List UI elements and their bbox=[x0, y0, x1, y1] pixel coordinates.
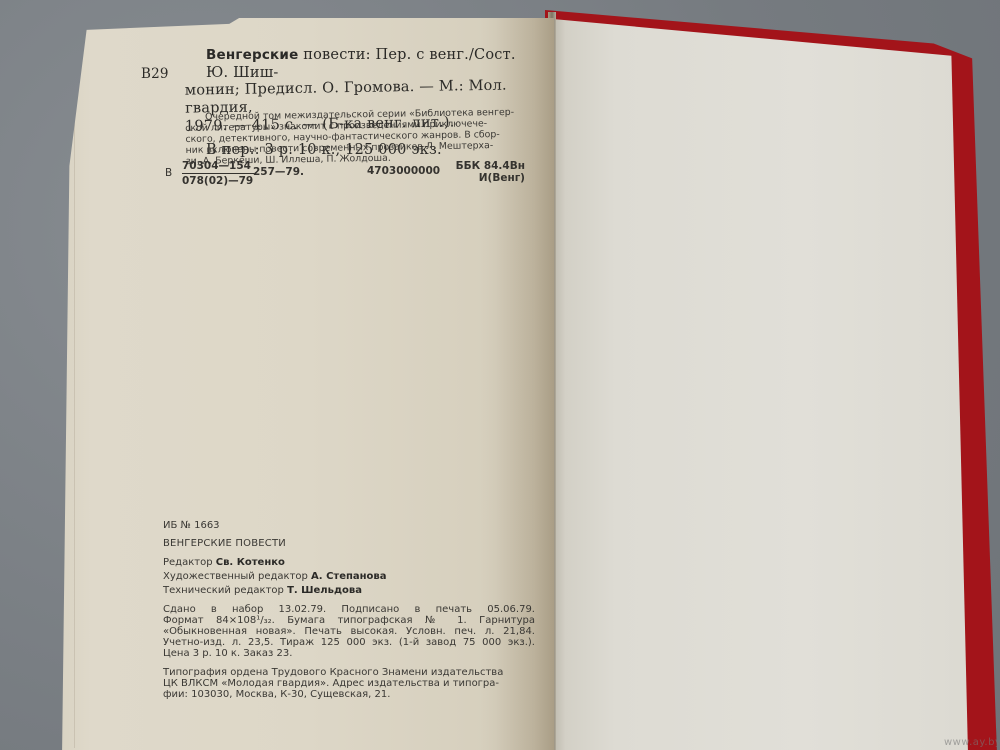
bbk-line-1: ББК 84.4Вн bbox=[456, 160, 525, 172]
annotation-paragraph: Очередной том межиздательской серии «Биб… bbox=[185, 107, 536, 167]
watermark: www.ay.by bbox=[944, 737, 1000, 748]
printer-line: Типография ордена Трудового Красного Зна… bbox=[163, 667, 535, 678]
classification-letter: В bbox=[165, 167, 172, 179]
staff-role: Редактор bbox=[163, 557, 213, 568]
tech-line: Цена 3 р. 10 к. Заказ 23. bbox=[163, 648, 535, 659]
tech-line: «Обыкновенная новая». Печать высокая. Ус… bbox=[163, 626, 535, 637]
bbk-line-2: И(Венг) bbox=[479, 172, 525, 184]
staff-role: Художественный редактор bbox=[163, 571, 308, 582]
fraction-numerator: 70304—154 bbox=[182, 160, 254, 174]
printer-line: фии: 103030, Москва, К-30, Сущевская, 21… bbox=[163, 689, 535, 700]
catalog-code: В29 bbox=[141, 65, 169, 83]
photo-scene: Венгерские повести: Пер. с венг./Сост. Ю… bbox=[0, 0, 1000, 750]
staff-name: Т. Шельдова bbox=[287, 585, 362, 596]
ib-number: ИБ № 1663 bbox=[163, 520, 535, 531]
tech-line: Формат 84×108¹/₃₂. Бумага типографская №… bbox=[163, 615, 535, 626]
technical-details: Сдано в набор 13.02.79. Подписано в печа… bbox=[163, 604, 535, 659]
staff-list: Редактор Св. Котенко Художественный реда… bbox=[163, 556, 535, 598]
page-crease bbox=[74, 48, 75, 748]
staff-name: А. Степанова bbox=[311, 571, 386, 582]
staff-line: Технический редактор Т. Шельдова bbox=[163, 584, 535, 598]
catalog-title-bold: Венгерские bbox=[206, 47, 298, 63]
printer-line: ЦК ВЛКСМ «Молодая гвардия». Адрес издате… bbox=[163, 678, 535, 689]
classification-block: В 70304—154 078(02)—79 257—79. 470300000… bbox=[165, 160, 530, 186]
bbk-code: ББК 84.4Вн И(Венг) bbox=[456, 160, 525, 184]
staff-line: Редактор Св. Котенко bbox=[163, 556, 535, 570]
imprint-block: ИБ № 1663 ВЕНГЕРСКИЕ ПОВЕСТИ Редактор Св… bbox=[163, 520, 535, 700]
classification-number: 4703000000 bbox=[367, 165, 440, 177]
staff-role: Технический редактор bbox=[163, 585, 284, 596]
right-page-blank bbox=[553, 19, 968, 750]
tech-line: Учетно-изд. л. 23,5. Тираж 125 000 экз. … bbox=[163, 637, 535, 648]
classification-fraction: 70304—154 078(02)—79 bbox=[182, 160, 254, 187]
fraction-denominator: 078(02)—79 bbox=[182, 174, 254, 187]
imprint-title: ВЕНГЕРСКИЕ ПОВЕСТИ bbox=[163, 538, 535, 549]
staff-line: Художественный редактор А. Степанова bbox=[163, 570, 535, 584]
staff-name: Св. Котенко bbox=[216, 557, 285, 568]
tech-line: Сдано в набор 13.02.79. Подписано в печа… bbox=[163, 604, 535, 615]
printer-details: Типография ордена Трудового Красного Зна… bbox=[163, 667, 535, 700]
classification-year-code: 257—79. bbox=[253, 166, 304, 178]
